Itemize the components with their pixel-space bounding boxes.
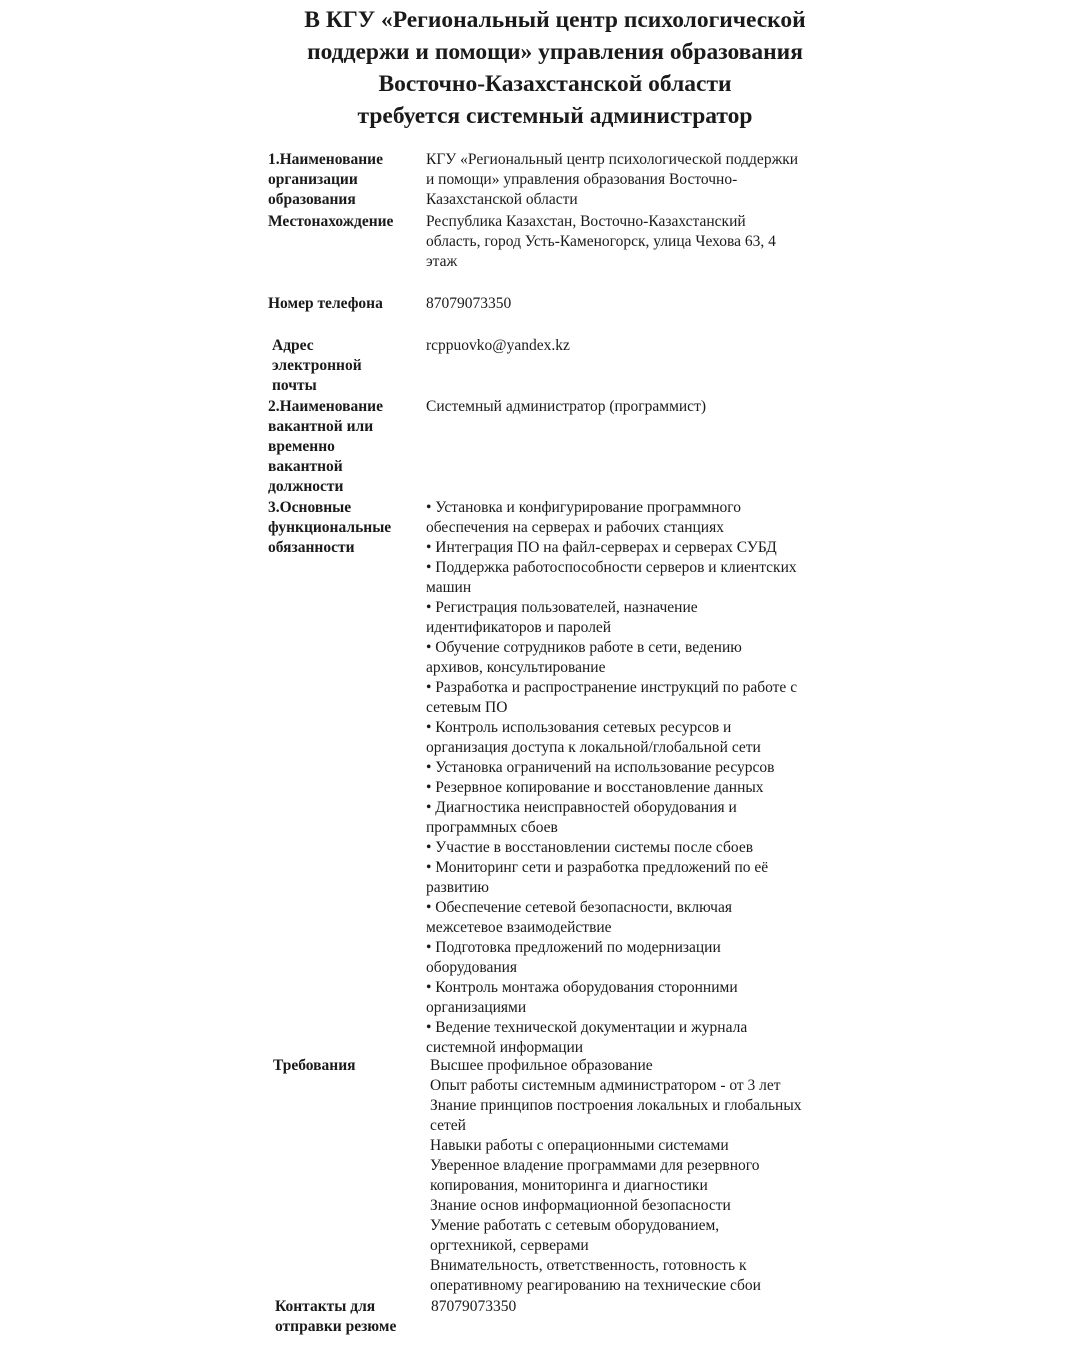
row-value: КГУ «Региональный центр психологической … [426, 150, 868, 210]
title-line: поддержи и помощи» управления образовани… [240, 36, 870, 68]
row-label: Контакты дляотправки резюме [275, 1297, 425, 1337]
text-line: копирования, мониторинга и диагностики [430, 1176, 868, 1196]
phone-value[interactable]: 87079073350 [426, 294, 868, 314]
row-location: Местонахождение Республика Казахстан, Во… [268, 212, 868, 294]
text-line: • Резервное копирование и восстановление… [426, 778, 868, 798]
row-label: 2.Наименованиевакантной иливременновакан… [268, 397, 418, 497]
text-line: Требования [273, 1056, 423, 1076]
text-line: 3.Основные [268, 498, 418, 518]
text-line: организация доступа к локальной/глобальн… [426, 738, 868, 758]
text-line: почты [272, 376, 422, 396]
title-line: требуется системный администратор [240, 100, 870, 132]
text-line: Республика Казахстан, Восточно-Казахстан… [426, 212, 868, 232]
text-line: вакантной или [268, 417, 418, 437]
text-line: 2.Наименование [268, 397, 418, 417]
text-line: развитию [426, 878, 868, 898]
row-position: 2.Наименованиевакантной иливременновакан… [268, 397, 868, 498]
text-line: организациями [426, 998, 868, 1018]
vacancy-title: В КГУ «Региональный центр психологическо… [240, 4, 870, 132]
row-value: Системный администратор (программист) [426, 397, 868, 417]
requirements-list: Высшее профильное образованиеОпыт работы… [430, 1056, 868, 1296]
text-line: сетевым ПО [426, 698, 868, 718]
text-line: этаж [426, 252, 868, 272]
text-line: машин [426, 578, 868, 598]
row-label: 1.Наименованиеорганизацииобразования [268, 150, 418, 210]
row-email: Адресэлектроннойпочты rcppuovko@yandex.k… [268, 336, 868, 397]
row-label: Местонахождение [268, 212, 418, 232]
text-line: Казахстанской области [426, 190, 868, 210]
text-line: Знание принципов построения локальных и … [430, 1096, 868, 1116]
text-line: • Установка и конфигурирование программн… [426, 498, 868, 518]
text-line: оргтехникой, серверами [430, 1236, 868, 1256]
row-duties: 3.Основныефункциональныеобязанности • Ус… [268, 498, 868, 1056]
text-line: межсетевое взаимодействие [426, 918, 868, 938]
text-line: • Мониторинг сети и разработка предложен… [426, 858, 868, 878]
text-line: системной информации [426, 1038, 868, 1058]
text-line: обязанности [268, 538, 418, 558]
text-line: Знание основ информационной безопасности [430, 1196, 868, 1216]
text-line: оперативному реагированию на технические… [430, 1276, 868, 1296]
row-label: Номер телефона [268, 294, 418, 314]
row-phone: Номер телефона 87079073350 [268, 294, 868, 336]
text-line: Номер телефона [268, 294, 418, 314]
text-line: • Обучение сотрудников работе в сети, ве… [426, 638, 868, 658]
text-line: • Подготовка предложений по модернизации [426, 938, 868, 958]
text-line: архивов, консультирование [426, 658, 868, 678]
row-contacts: Контакты дляотправки резюме 87079073350 [268, 1297, 868, 1339]
text-line: • Регистрация пользователей, назначение [426, 598, 868, 618]
text-line: 87079073350 [431, 1297, 868, 1317]
row-label: Требования [273, 1056, 423, 1076]
text-line: сетей [430, 1116, 868, 1136]
text-line: Высшее профильное образование [430, 1056, 868, 1076]
text-line: вакантной [268, 457, 418, 477]
text-line: обеспечения на серверах и рабочих станци… [426, 518, 868, 538]
text-line: функциональные [268, 518, 418, 538]
text-line: 1.Наименование [268, 150, 418, 170]
text-line: • Обеспечение сетевой безопасности, вклю… [426, 898, 868, 918]
contacts-value[interactable]: 87079073350 [431, 1297, 868, 1317]
text-line: должности [268, 477, 418, 497]
text-line: • Контроль монтажа оборудования сторонни… [426, 978, 868, 998]
row-label: 3.Основныефункциональныеобязанности [268, 498, 418, 558]
title-line: В КГУ «Региональный центр психологическо… [240, 4, 870, 36]
text-line: 87079073350 [426, 294, 868, 314]
vacancy-details-table: 1.Наименованиеорганизацииобразования КГУ… [268, 150, 868, 1339]
text-line: Умение работать с сетевым оборудованием, [430, 1216, 868, 1236]
text-line: Контакты для [275, 1297, 425, 1317]
text-line: • Разработка и распространение инструкци… [426, 678, 868, 698]
text-line: • Ведение технической документации и жур… [426, 1018, 868, 1038]
text-line: • Контроль использования сетевых ресурсо… [426, 718, 868, 738]
row-requirements: Требования Высшее профильное образование… [268, 1056, 868, 1297]
text-line: идентификаторов и паролей [426, 618, 868, 638]
text-line: область, город Усть-Каменогорск, улица Ч… [426, 232, 868, 252]
text-line: Системный администратор (программист) [426, 397, 868, 417]
text-line: Адрес [272, 336, 422, 356]
title-line: Восточно-Казахстанской области [240, 68, 870, 100]
row-label: Адресэлектроннойпочты [272, 336, 422, 396]
email-value[interactable]: rcppuovko@yandex.kz [426, 336, 868, 356]
text-line: Внимательность, ответственность, готовно… [430, 1256, 868, 1276]
text-line: Уверенное владение программами для резер… [430, 1156, 868, 1176]
text-line: Местонахождение [268, 212, 418, 232]
text-line: отправки резюме [275, 1317, 425, 1337]
text-line: образования [268, 190, 418, 210]
text-line: Навыки работы с операционными системами [430, 1136, 868, 1156]
text-line: • Поддержка работоспособности серверов и… [426, 558, 868, 578]
text-line: • Участие в восстановлении системы после… [426, 838, 868, 858]
text-line: rcppuovko@yandex.kz [426, 336, 868, 356]
text-line: КГУ «Региональный центр психологической … [426, 150, 868, 170]
text-line: временно [268, 437, 418, 457]
text-line: • Установка ограничений на использование… [426, 758, 868, 778]
text-line: и помощи» управления образования Восточн… [426, 170, 868, 190]
row-value: Республика Казахстан, Восточно-Казахстан… [426, 212, 868, 272]
text-line: организации [268, 170, 418, 190]
text-line: оборудования [426, 958, 868, 978]
duties-list: • Установка и конфигурирование программн… [426, 498, 868, 1058]
text-line: электронной [272, 356, 422, 376]
row-organization: 1.Наименованиеорганизацииобразования КГУ… [268, 150, 868, 212]
text-line: • Интеграция ПО на файл-серверах и серве… [426, 538, 868, 558]
text-line: Опыт работы системным администратором - … [430, 1076, 868, 1096]
text-line: программных сбоев [426, 818, 868, 838]
text-line: • Диагностика неисправностей оборудовани… [426, 798, 868, 818]
